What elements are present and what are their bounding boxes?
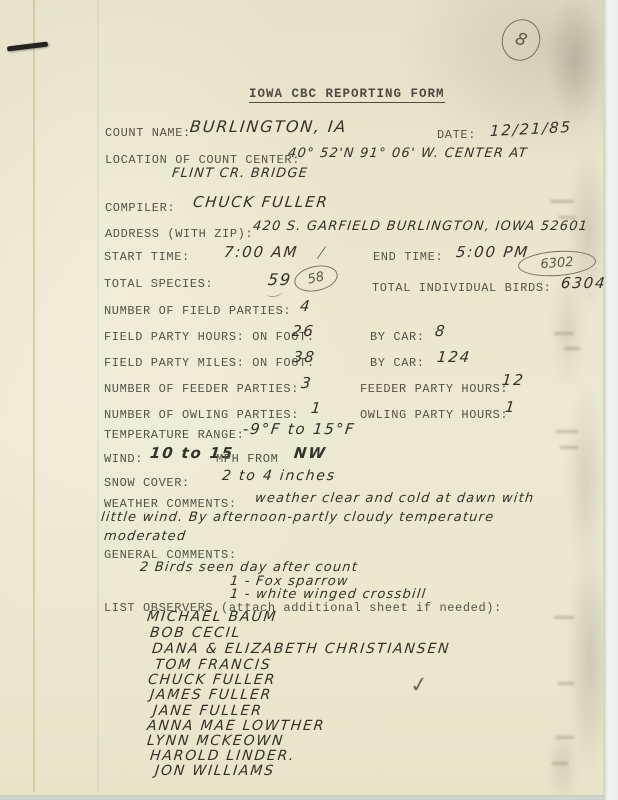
snow-value: 2 to 4 inches (221, 468, 337, 484)
observer-name: LYNN MCKEOWN (146, 733, 285, 749)
weather-comments-label: WEATHER COMMENTS: (104, 497, 237, 511)
observer-name: HAROLD LINDER. (149, 748, 296, 764)
total-species-label: TOTAL SPECIES: (104, 277, 213, 291)
count-name-label: COUNT NAME: (105, 126, 191, 140)
wind-direction: NW (293, 444, 328, 462)
weather-comments-line2: little wind. By afternoon-partly cloudy … (100, 510, 495, 525)
feeder-hours-value: 12 (501, 371, 526, 389)
party-hours-on-foot: 26 (291, 322, 316, 340)
temperature-value: -9°F to 15°F (242, 420, 356, 438)
feeder-hours-label: FEEDER PARTY HOURS: (360, 382, 508, 396)
party-miles-by-car-label: BY CAR: (370, 356, 425, 370)
scanned-document: 8 IOWA CBC REPORTING FORM COUNT NAME: BU… (0, 0, 618, 800)
address-label: ADDRESS (WITH ZIP): (105, 227, 253, 241)
paper-crease (97, 0, 99, 792)
scan-edge (0, 795, 604, 800)
compiler-label: COMPILER: (105, 201, 175, 215)
observer-name: MICHAEL BAUM (146, 609, 278, 625)
end-time-label: END TIME: (373, 250, 443, 264)
species-correction: 58 (306, 269, 325, 287)
snow-label: SNOW COVER: (104, 476, 190, 490)
weather-comments-line3: moderated (103, 529, 187, 544)
address-value: 420 S. GARFIELD BURLINGTON, IOWA 52601 (252, 219, 589, 234)
form-title: IOWA CBC REPORTING FORM (249, 87, 445, 103)
observer-name: JANE FULLER (152, 703, 263, 719)
general-comments-line1: 2 Birds seen day after count (139, 560, 359, 575)
location-value-line2: FLINT CR. BRIDGE (171, 166, 309, 181)
observer-name: JON WILLIAMS (154, 763, 276, 779)
total-birds-label: TOTAL INDIVIDUAL BIRDS: (372, 281, 551, 295)
observer-name: BOB CECIL (149, 625, 242, 641)
total-birds-value: 6304 (560, 274, 607, 292)
field-parties-value: 4 (299, 297, 312, 315)
owling-parties-value: 1 (310, 399, 323, 417)
owling-hours-label: OWLING PARTY HOURS: (360, 408, 508, 422)
party-hours-by-car: 8 (434, 322, 447, 340)
wind-label: WIND: (104, 452, 143, 466)
location-label: LOCATION OF COUNT CENTER: (105, 153, 300, 167)
feeder-parties-value: 3 (300, 374, 313, 392)
observer-name: DANA & ELIZABETH CHRISTIANSEN (151, 641, 451, 657)
start-time-value: 7:00 AM (223, 243, 299, 261)
paper-crease (33, 0, 35, 792)
birds-correction: 6302 (540, 255, 574, 272)
page-number: 8 (512, 29, 529, 51)
compiler-value: CHUCK FULLER (192, 193, 330, 211)
wind-mid-label: MPH FROM (216, 452, 278, 466)
temperature-label: TEMPERATURE RANGE: (104, 428, 244, 442)
field-parties-label: NUMBER OF FIELD PARTIES: (104, 304, 291, 318)
observer-name: JAMES FULLER (149, 687, 273, 703)
end-time-value: 5:00 PM (455, 243, 530, 261)
party-miles-label: FIELD PARTY MILES: ON FOOT: (104, 356, 315, 370)
party-hours-by-car-label: BY CAR: (370, 330, 425, 344)
count-name-value: BURLINGTON, IA (189, 117, 348, 136)
weather-comments-line1: weather clear and cold at dawn with (254, 491, 535, 506)
observer-name: CHUCK FULLER (147, 672, 277, 688)
checkmark-icon: ✓ (408, 672, 430, 699)
observer-name: TOM FRANCIS (154, 657, 272, 673)
owling-hours-value: 1 (504, 398, 517, 416)
party-miles-by-car: 124 (436, 348, 472, 366)
total-species-value: 59 (267, 270, 293, 289)
location-value-line1: 40° 52'N 91° 06' W. CENTER AT (287, 146, 528, 161)
observer-name: ANNA MAE LOWTHER (146, 718, 326, 734)
scan-edge (603, 0, 618, 800)
start-time-label: START TIME: (104, 250, 190, 264)
party-hours-label: FIELD PARTY HOURS: ON FOOT: (104, 330, 315, 344)
party-miles-on-foot: 38 (292, 348, 317, 366)
general-comments-line3: 1 - white winged crossbill (229, 587, 427, 602)
date-label: DATE: (437, 128, 476, 142)
feeder-parties-label: NUMBER OF FEEDER PARTIES: (104, 382, 299, 396)
